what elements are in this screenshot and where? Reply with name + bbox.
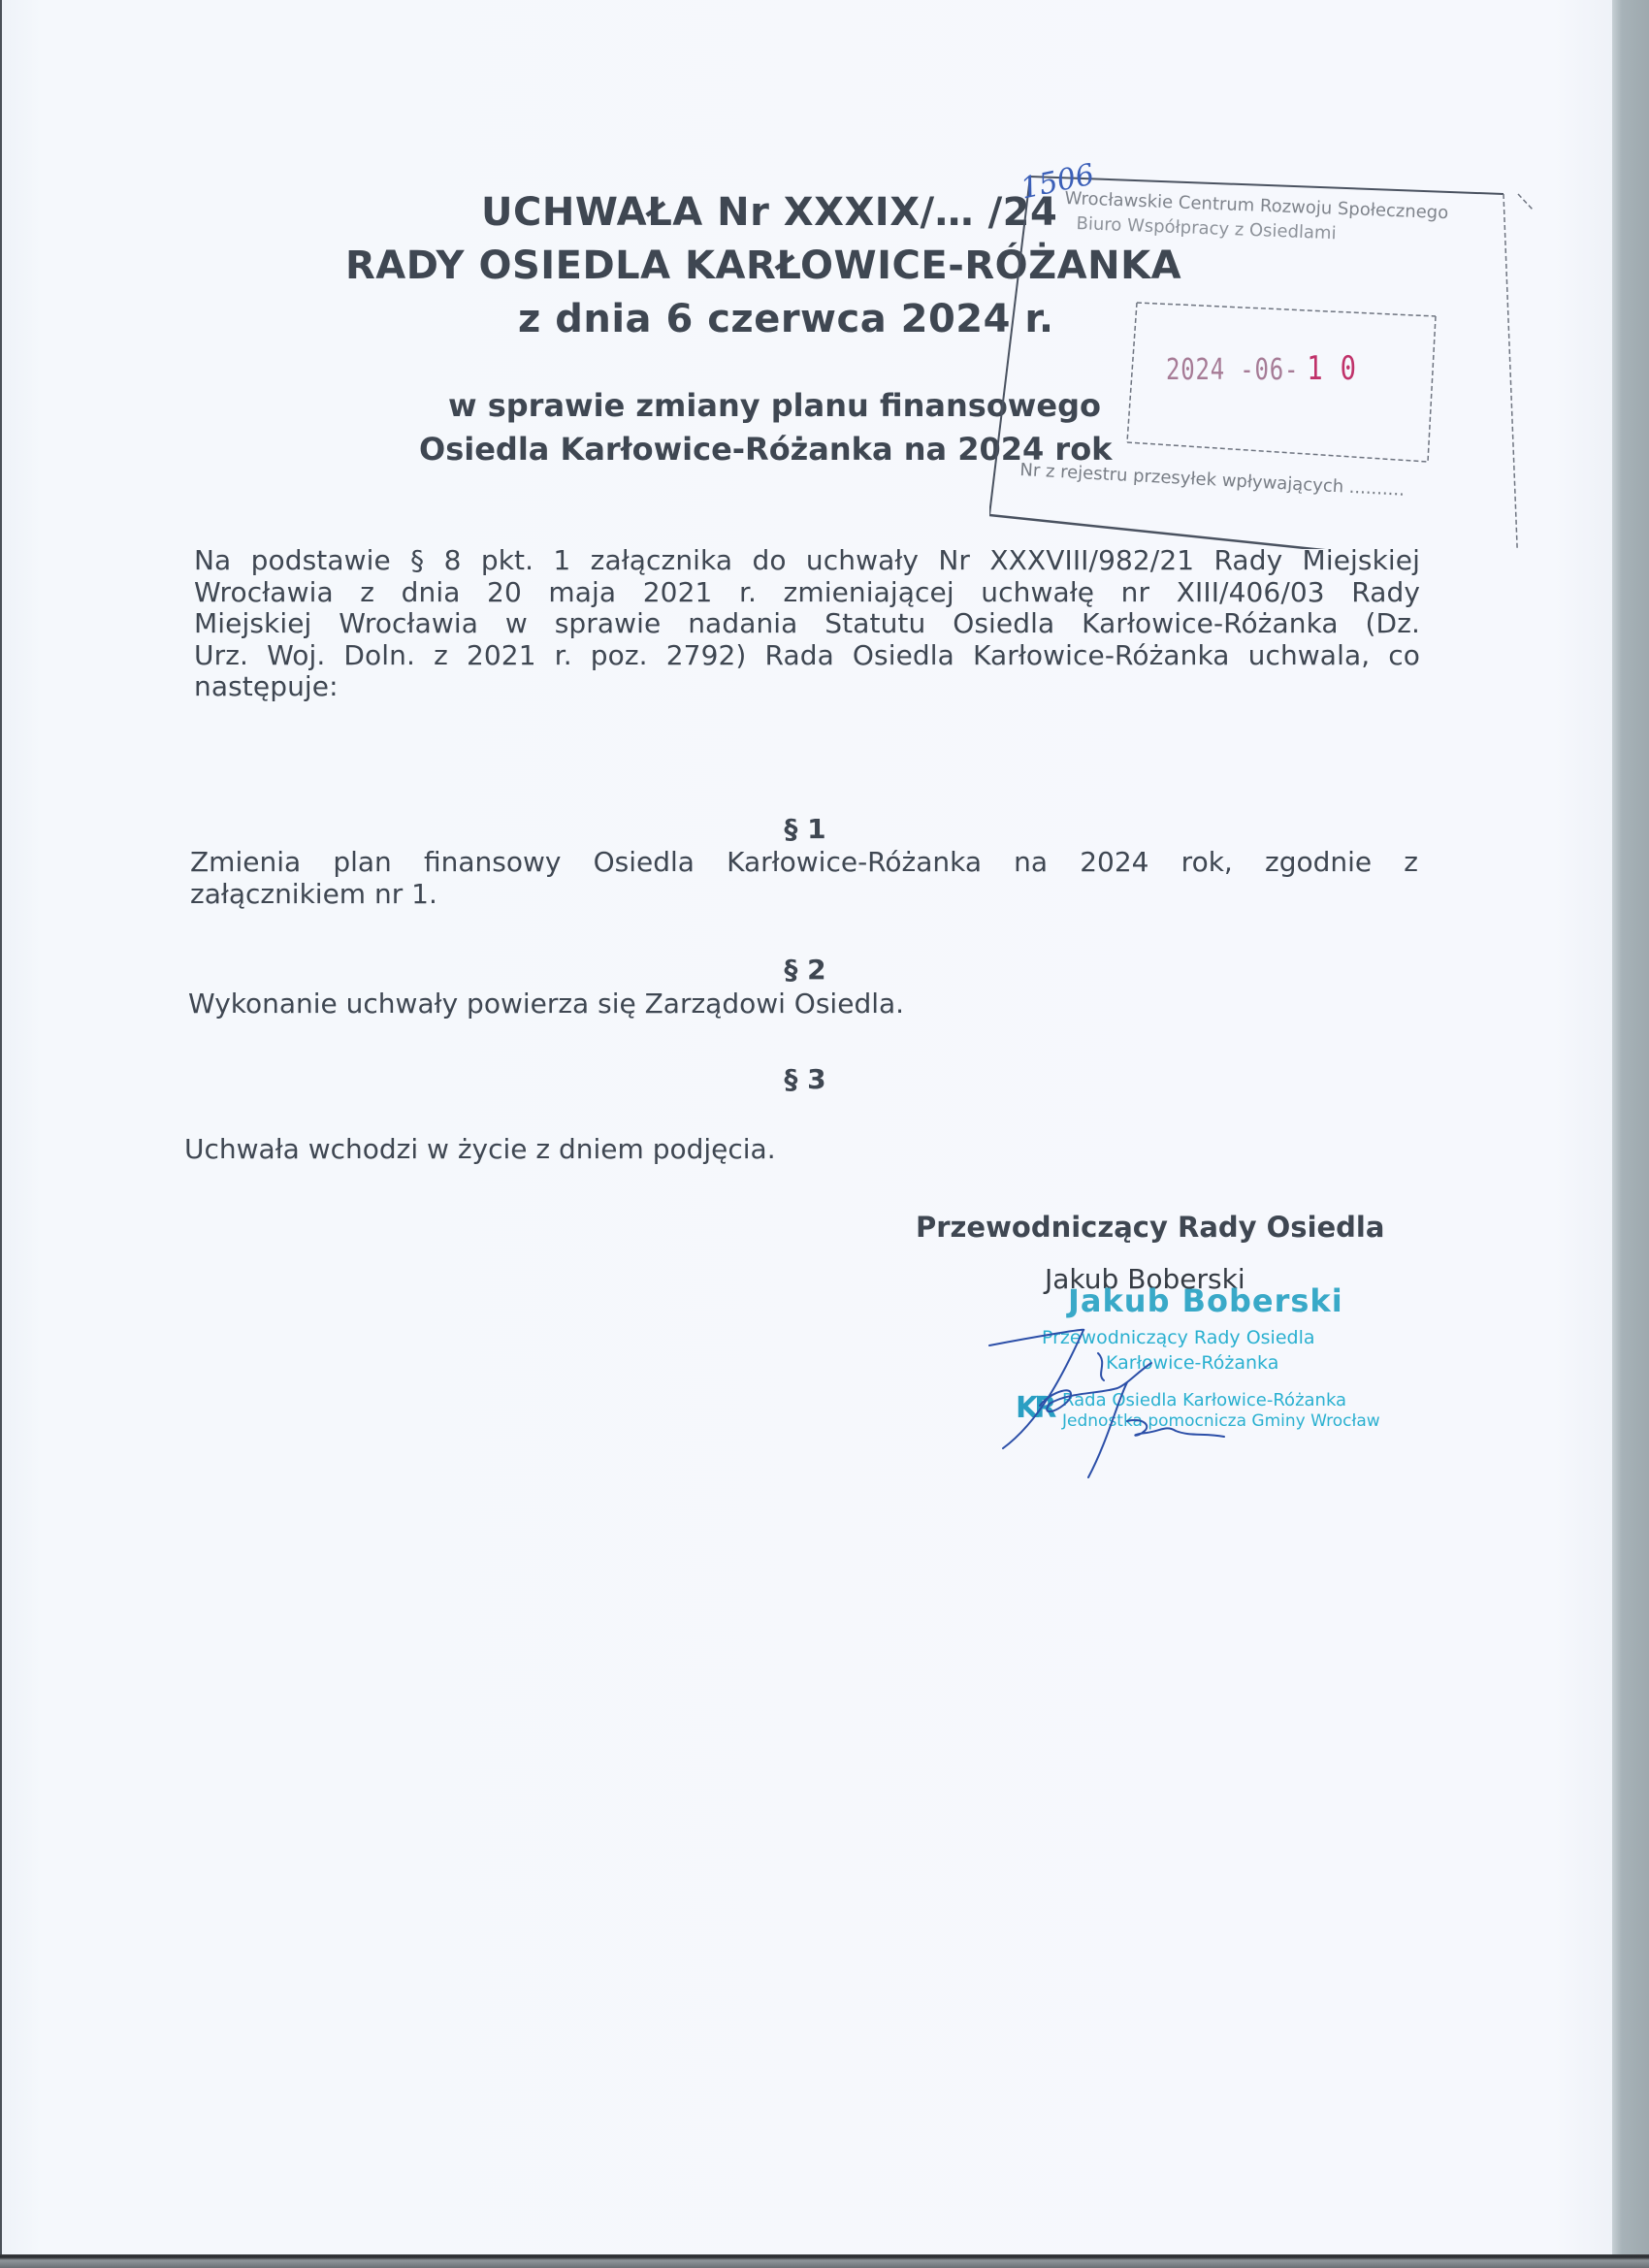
subject-line-2: Osiedla Karłowice-Różanka na 2024 rok bbox=[419, 430, 1112, 469]
preamble-line: Urz. Woj. Doln. z 2021 r. poz. 2792) Rad… bbox=[194, 640, 1420, 672]
council-logo-icon: KR bbox=[1016, 1391, 1052, 1425]
section-3-text: Uchwała wchodzi w życie z dniem podjęcia… bbox=[184, 1133, 776, 1165]
council-seal-stamp: Jakub Boberski Przewodniczący Rady Osied… bbox=[977, 1282, 1423, 1467]
preamble-line: Wrocławia z dnia 20 maja 2021 r. zmienia… bbox=[194, 577, 1420, 609]
resolution-date: z dnia 6 czerwca 2024 r. bbox=[518, 296, 1054, 342]
seal-area: Karłowice-Różanka bbox=[1106, 1352, 1278, 1374]
seal-name: Jakub Boberski bbox=[1068, 1282, 1343, 1319]
handwritten-registration-number: 1506 bbox=[1018, 157, 1097, 206]
signature-title: Przewodniczący Rady Osiedla bbox=[916, 1211, 1384, 1244]
preamble-line: Miejskiej Wrocławia w sprawie nadania St… bbox=[194, 608, 1420, 640]
stamp-date-prefix: 2024 -06- bbox=[1166, 353, 1299, 387]
seal-organization: Rada Osiedla Karłowice-Różanka bbox=[1062, 1390, 1346, 1410]
section-1-text: Zmienia plan finansowy Osiedla Karłowice… bbox=[190, 846, 1418, 910]
section-2-text: Wykonanie uchwały powierza się Zarządowi… bbox=[188, 988, 904, 1020]
council-name: RADY OSIEDLA KARŁOWICE-RÓŻANKA bbox=[345, 243, 1181, 289]
section-1-line: Zmienia plan finansowy Osiedla Karłowice… bbox=[190, 846, 1418, 878]
preamble-line: Na podstawie § 8 pkt. 1 załącznika do uc… bbox=[194, 545, 1420, 577]
preamble-paragraph: Na podstawie § 8 pkt. 1 załącznika do uc… bbox=[194, 545, 1420, 703]
registration-stamp: Wrocławskie Centrum Rozwoju Społecznego … bbox=[989, 171, 1533, 549]
stamp-date-day: 1 0 bbox=[1307, 349, 1357, 388]
section-1-line: załącznikiem nr 1. bbox=[190, 878, 1418, 910]
scanner-edge-right bbox=[1612, 0, 1649, 2268]
subject-line-1: w sprawie zmiany planu finansowego bbox=[448, 386, 1101, 425]
stamp-date: 2024 -06-1 0 bbox=[1166, 349, 1357, 388]
stamp-institution: Wrocławskie Centrum Rozwoju Społecznego bbox=[1064, 188, 1448, 223]
scanner-edge-bottom bbox=[0, 2254, 1649, 2268]
preamble-line: następuje: bbox=[194, 671, 1420, 703]
section-2-heading: § 2 bbox=[747, 954, 863, 987]
resolution-number: UCHWAŁA Nr XXXIX/… /24 bbox=[481, 189, 1057, 236]
seal-role: Przewodniczący Rady Osiedla bbox=[1042, 1327, 1315, 1348]
stamp-frame-icon bbox=[989, 171, 1533, 549]
stamp-department: Biuro Współpracy z Osiedlami bbox=[1076, 213, 1337, 243]
section-1-heading: § 1 bbox=[747, 813, 863, 846]
seal-unit: Jednostka pomocnicza Gminy Wrocław bbox=[1062, 1411, 1380, 1431]
document-page: UCHWAŁA Nr XXXIX/… /24 RADY OSIEDLA KARŁ… bbox=[0, 0, 1612, 2254]
section-3-heading: § 3 bbox=[747, 1063, 863, 1096]
